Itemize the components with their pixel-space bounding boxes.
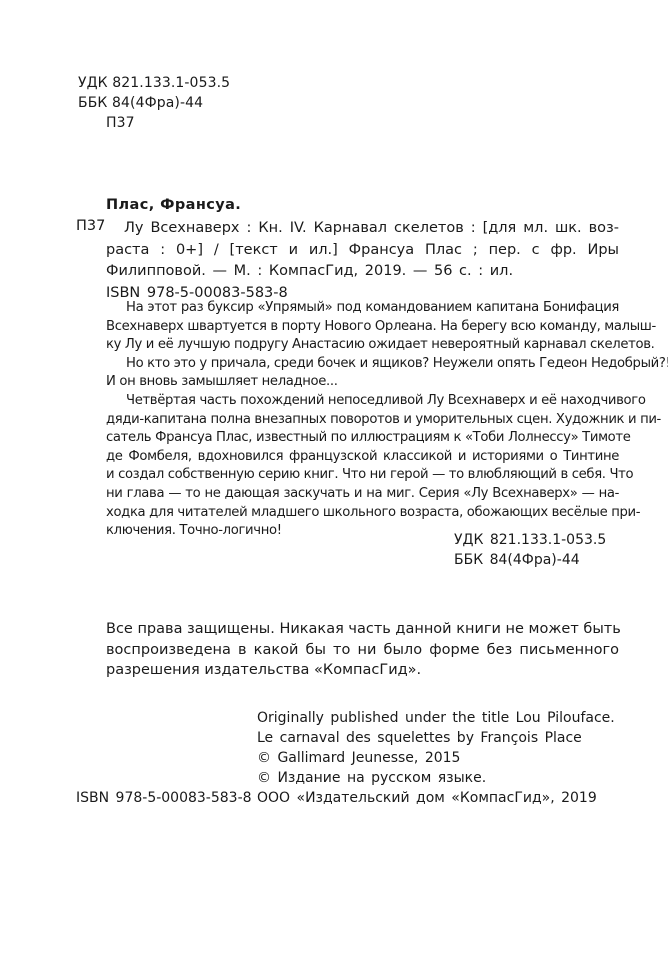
- bib-line: Лу Всехнаверх : Кн. IV. Карнавал скелето…: [106, 218, 619, 240]
- annotation: На этот раз буксир «Упрямый» под командо…: [106, 299, 619, 541]
- bbk-code: ББК 84(4Фра)-44: [78, 93, 230, 113]
- annotation-line: Но кто это у причала, среди бочек и ящик…: [106, 355, 619, 374]
- annotation-line: ни глава — то не дающая заскучать и на м…: [106, 485, 619, 504]
- isbn-bottom: ISBN 978-5-00083-583-8: [76, 788, 252, 808]
- bib-line: Филипповой. — М. : КомпасГид, 2019. — 56…: [106, 261, 619, 283]
- copyright-line: © Gallimard Jeunesse, 2015: [257, 748, 615, 768]
- annotation-line: Всехнаверх швартуется в порту Нового Орл…: [106, 318, 619, 337]
- annotation-line: ку Лу и её лучшую подругу Анастасию ожид…: [106, 336, 619, 355]
- classification-bottom: УДК 821.133.1-053.5 ББК 84(4Фра)-44: [454, 530, 606, 570]
- annotation-line: дяди-капитана полна внезапных поворотов …: [106, 411, 619, 430]
- rights-notice: Все права защищены. Никакая часть данной…: [106, 619, 619, 681]
- annotation-line: На этот раз буксир «Упрямый» под командо…: [106, 299, 619, 318]
- bib-line: раста : 0+] / [текст и ил.] Франсуа Плас…: [106, 240, 619, 262]
- rights-line: воспроизведена в какой бы то ни было фор…: [106, 640, 619, 661]
- udk-code: УДК 821.133.1-053.5: [78, 73, 230, 93]
- annotation-line: и создал собственную серию книг. Что ни …: [106, 466, 619, 485]
- annotation-line: де Фомбеля, вдохновился французской клас…: [106, 448, 619, 467]
- catalog-author-mark: П37: [76, 218, 105, 234]
- copyright-line: Originally published under the title Lou…: [257, 708, 615, 728]
- catalog-author: Плас, Франсуа.: [106, 197, 241, 213]
- copyright-line: ООО «Издательский дом «КомпасГид», 2019: [257, 788, 615, 808]
- annotation-line: И он вновь замышляет неладное...: [106, 373, 619, 392]
- udk-code: УДК 821.133.1-053.5: [454, 530, 606, 550]
- bibliographic-description: Лу Всехнаверх : Кн. IV. Карнавал скелето…: [106, 218, 619, 304]
- rights-line: Все права защищены. Никакая часть данной…: [106, 619, 619, 640]
- bbk-code: ББК 84(4Фра)-44: [454, 550, 606, 570]
- rights-line: разрешения издательства «КомпасГид».: [106, 660, 619, 681]
- annotation-line: ходка для читателей младшего школьного в…: [106, 504, 619, 523]
- copyright-block: Originally published under the title Lou…: [257, 708, 615, 808]
- copyright-line: Le carnaval des squelettes by François P…: [257, 728, 615, 748]
- copyright-line: © Издание на русском языке.: [257, 768, 615, 788]
- annotation-line: Четвёртая часть похождений непоседливой …: [106, 392, 619, 411]
- author-mark: П37: [78, 113, 230, 133]
- classification-top: УДК 821.133.1-053.5 ББК 84(4Фра)-44 П37: [78, 73, 230, 133]
- annotation-line: сатель Франсуа Плас, известный по иллюст…: [106, 429, 619, 448]
